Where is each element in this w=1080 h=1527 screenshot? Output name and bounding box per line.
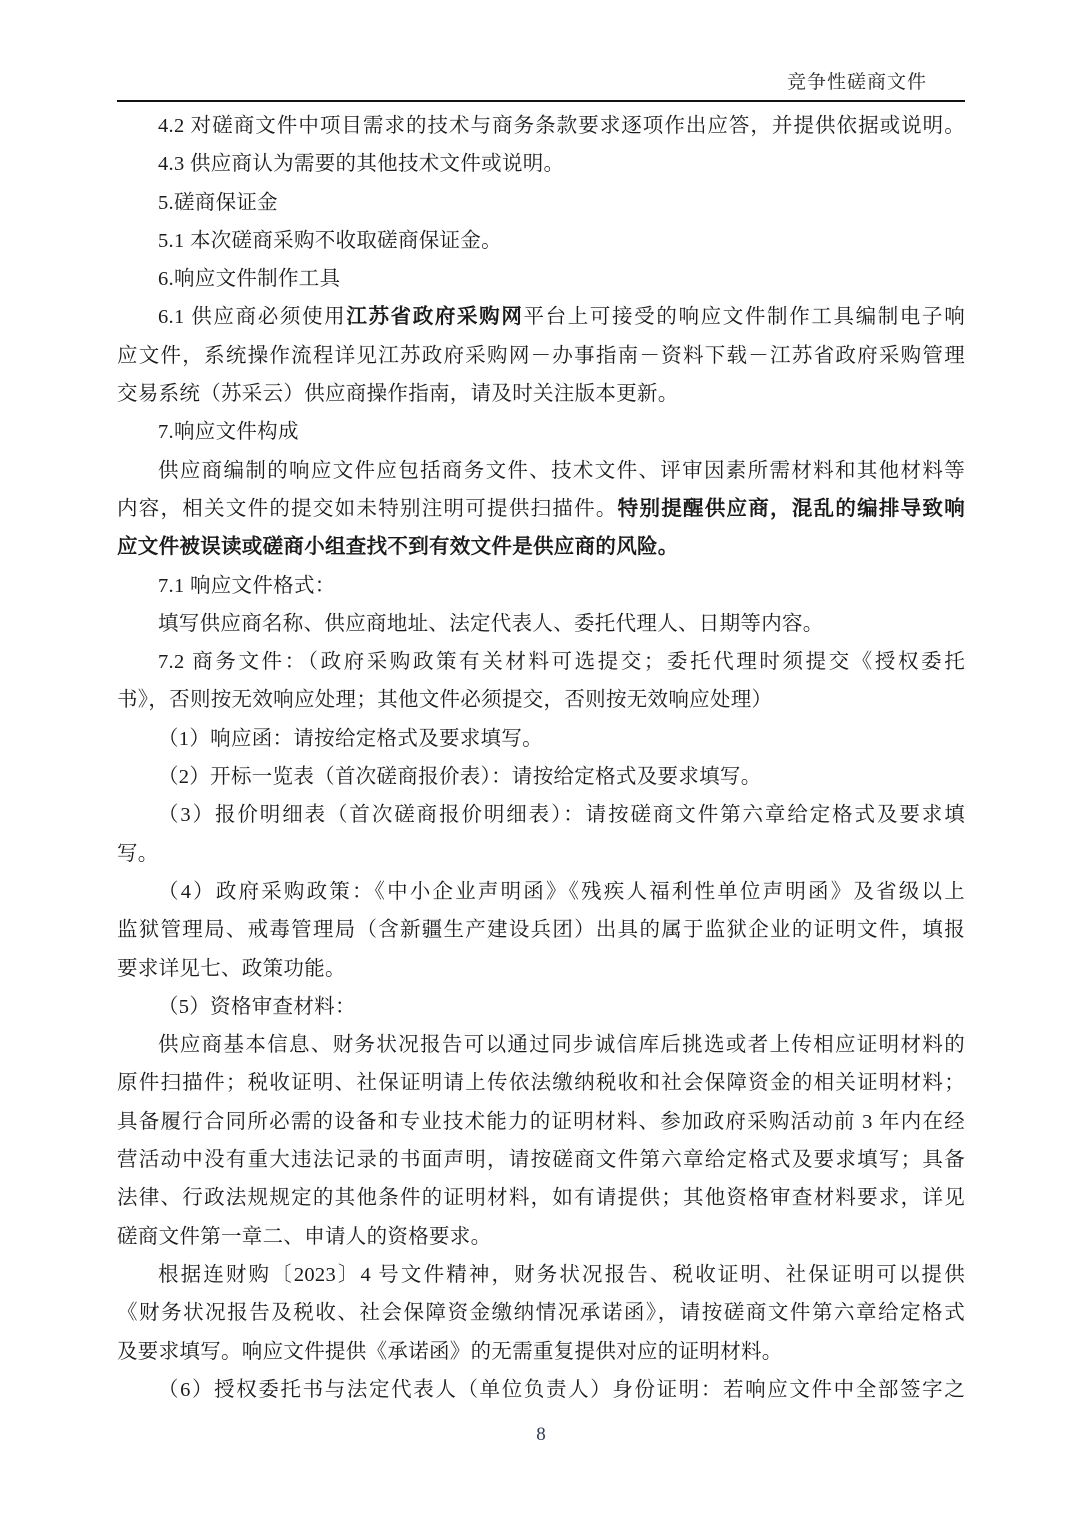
text-segment: （3）报价明细表（首次磋商报价明细表）：请按磋商文件第六章给定格式及要求填 <box>158 804 965 826</box>
page-footer: 8 <box>117 1422 965 1448</box>
text-line: 营活动中没有重大违法记录的书面声明，请按磋商文件第六章给定格式及要求填写；具备 <box>117 1141 965 1179</box>
text-segment-bold: 应文件被误读或磋商小组查找不到有效文件是供应商的风险。 <box>117 536 679 558</box>
text-line: 5.1 本次磋商采购不收取磋商保证金。 <box>117 222 965 260</box>
page-header: 竞争性磋商文件 <box>117 70 965 96</box>
text-segment: 法律、行政法规规定的其他条件的证明材料，如有请提供；其他资格审查材料要求，详见 <box>117 1187 965 1209</box>
text-line: （3）报价明细表（首次磋商报价明细表）：请按磋商文件第六章给定格式及要求填 <box>117 796 965 834</box>
text-line: 应文件被误读或磋商小组查找不到有效文件是供应商的风险。 <box>117 528 965 566</box>
text-segment: 要求详见七、政策功能。 <box>117 958 346 980</box>
text-line: （2）开标一览表（首次磋商报价表）：请按给定格式及要求填写。 <box>117 758 965 796</box>
text-line: 书》，否则按无效响应处理；其他文件必须提交，否则按无效响应处理） <box>117 681 965 719</box>
text-line: 6.1 供应商必须使用江苏省政府采购网平台上可接受的响应文件制作工具编制电子响 <box>117 298 965 336</box>
text-segment: 及要求填写。响应文件提供《承诺函》的无需重复提供对应的证明材料。 <box>117 1341 783 1363</box>
text-segment: 原件扫描件；税收证明、社保证明请上传依法缴纳税收和社会保障资金的相关证明材料； <box>117 1072 965 1094</box>
text-line: 监狱管理局、戒毒管理局（含新疆生产建设兵团）出具的属于监狱企业的证明文件，填报 <box>117 911 965 949</box>
text-segment: 供应商编制的响应文件应包括商务文件、技术文件、评审因素所需材料和其他材料等 <box>158 460 965 482</box>
text-line: 及要求填写。响应文件提供《承诺函》的无需重复提供对应的证明材料。 <box>117 1333 965 1371</box>
text-segment: 4.2 对磋商文件中项目需求的技术与商务条款要求逐项作出应答，并提供依据或说明。 <box>158 115 965 137</box>
text-line: （5）资格审查材料： <box>117 988 965 1026</box>
text-line: 内容，相关文件的提交如未特别注明可提供扫描件。特别提醒供应商，混乱的编排导致响 <box>117 490 965 528</box>
text-segment: 交易系统（苏采云）供应商操作指南，请及时关注版本更新。 <box>117 383 679 405</box>
text-line: 5.磋商保证金 <box>117 184 965 222</box>
text-segment: 磋商文件第一章二、申请人的资格要求。 <box>117 1226 491 1248</box>
text-segment: 内容，相关文件的提交如未特别注明可提供扫描件。 <box>117 498 618 520</box>
text-line: 写。 <box>117 835 965 873</box>
text-segment: 供应商基本信息、财务状况报告可以通过同步诚信库后挑选或者上传相应证明材料的 <box>158 1034 965 1056</box>
text-line: 磋商文件第一章二、申请人的资格要求。 <box>117 1218 965 1256</box>
text-line: 应文件，系统操作流程详见江苏政府采购网－办事指南－资料下载－江苏省政府采购管理 <box>117 337 965 375</box>
text-segment: 5.1 本次磋商采购不收取磋商保证金。 <box>158 230 502 252</box>
text-line: （1）响应函：请按给定格式及要求填写。 <box>117 720 965 758</box>
text-segment: 平台上可接受的响应文件制作工具编制电子响 <box>523 306 965 328</box>
text-line: 《财务状况报告及税收、社会保障资金缴纳情况承诺函》，请按磋商文件第六章给定格式 <box>117 1294 965 1332</box>
text-line: 6.响应文件制作工具 <box>117 260 965 298</box>
text-segment: 7.1 响应文件格式： <box>158 575 336 597</box>
text-line: 要求详见七、政策功能。 <box>117 950 965 988</box>
text-segment: （1）响应函：请按给定格式及要求填写。 <box>158 728 543 750</box>
text-line: 填写供应商名称、供应商地址、法定代表人、委托代理人、日期等内容。 <box>117 605 965 643</box>
document-page: { "page": { "header_title": "竞争性磋商文件", "… <box>0 0 1080 1527</box>
text-line: 交易系统（苏采云）供应商操作指南，请及时关注版本更新。 <box>117 375 965 413</box>
text-line: 法律、行政法规规定的其他条件的证明材料，如有请提供；其他资格审查材料要求，详见 <box>117 1179 965 1217</box>
text-line: 原件扫描件；税收证明、社保证明请上传依法缴纳税收和社会保障资金的相关证明材料； <box>117 1064 965 1102</box>
text-segment: （2）开标一览表（首次磋商报价表）：请按给定格式及要求填写。 <box>158 766 762 788</box>
page-number: 8 <box>536 1424 546 1445</box>
text-segment: 6.响应文件制作工具 <box>158 268 340 290</box>
text-segment: （6）授权委托书与法定代表人（单位负责人）身份证明：若响应文件中全部签字之 <box>158 1379 965 1401</box>
document-body: 4.2 对磋商文件中项目需求的技术与商务条款要求逐项作出应答，并提供依据或说明。… <box>117 107 965 1409</box>
text-segment: 具备履行合同所必需的设备和专业技术能力的证明材料、参加政府采购活动前 3 年内在… <box>117 1111 965 1133</box>
text-line: 7.1 响应文件格式： <box>117 567 965 605</box>
text-segment: 7.响应文件构成 <box>158 421 299 443</box>
text-line: 7.2 商务文件：（政府采购政策有关材料可选提交；委托代理时须提交《授权委托 <box>117 643 965 681</box>
text-line: 7.响应文件构成 <box>117 413 965 451</box>
text-line: 4.3 供应商认为需要的其他技术文件或说明。 <box>117 145 965 183</box>
text-segment: 7.2 商务文件：（政府采购政策有关材料可选提交；委托代理时须提交《授权委托 <box>158 651 965 673</box>
text-line: 供应商编制的响应文件应包括商务文件、技术文件、评审因素所需材料和其他材料等 <box>117 452 965 490</box>
text-segment: 填写供应商名称、供应商地址、法定代表人、委托代理人、日期等内容。 <box>158 613 824 635</box>
text-segment: 4.3 供应商认为需要的其他技术文件或说明。 <box>158 153 564 175</box>
text-segment: 《财务状况报告及税收、社会保障资金缴纳情况承诺函》，请按磋商文件第六章给定格式 <box>117 1302 965 1324</box>
text-line: 供应商基本信息、财务状况报告可以通过同步诚信库后挑选或者上传相应证明材料的 <box>117 1026 965 1064</box>
text-line: （4）政府采购政策：《中小企业声明函》《残疾人福利性单位声明函》及省级以上 <box>117 873 965 911</box>
text-segment: 写。 <box>117 843 159 865</box>
text-segment: 应文件，系统操作流程详见江苏政府采购网－办事指南－资料下载－江苏省政府采购管理 <box>117 345 965 367</box>
text-segment: 根据连财购〔2023〕4 号文件精神，财务状况报告、税收证明、社保证明可以提供 <box>158 1264 965 1286</box>
text-segment: 6.1 供应商必须使用 <box>158 306 346 328</box>
text-segment: 营活动中没有重大违法记录的书面声明，请按磋商文件第六章给定格式及要求填写；具备 <box>117 1149 965 1171</box>
header-rule-divider <box>117 100 965 102</box>
text-line: 4.2 对磋商文件中项目需求的技术与商务条款要求逐项作出应答，并提供依据或说明。 <box>117 107 965 145</box>
text-line: （6）授权委托书与法定代表人（单位负责人）身份证明：若响应文件中全部签字之 <box>117 1371 965 1409</box>
header-title: 竞争性磋商文件 <box>787 72 927 93</box>
text-line: 具备履行合同所必需的设备和专业技术能力的证明材料、参加政府采购活动前 3 年内在… <box>117 1103 965 1141</box>
text-segment-bold: 特别提醒供应商，混乱的编排导致响 <box>618 498 965 520</box>
text-segment: 书》，否则按无效响应处理；其他文件必须提交，否则按无效响应处理） <box>117 689 772 711</box>
text-line: 根据连财购〔2023〕4 号文件精神，财务状况报告、税收证明、社保证明可以提供 <box>117 1256 965 1294</box>
text-segment: 监狱管理局、戒毒管理局（含新疆生产建设兵团）出具的属于监狱企业的证明文件，填报 <box>117 919 965 941</box>
text-segment: 5.磋商保证金 <box>158 192 278 214</box>
text-segment: （5）资格审查材料： <box>158 996 356 1018</box>
text-segment-bold: 江苏省政府采购网 <box>346 306 523 328</box>
text-segment: （4）政府采购政策：《中小企业声明函》《残疾人福利性单位声明函》及省级以上 <box>158 881 965 903</box>
